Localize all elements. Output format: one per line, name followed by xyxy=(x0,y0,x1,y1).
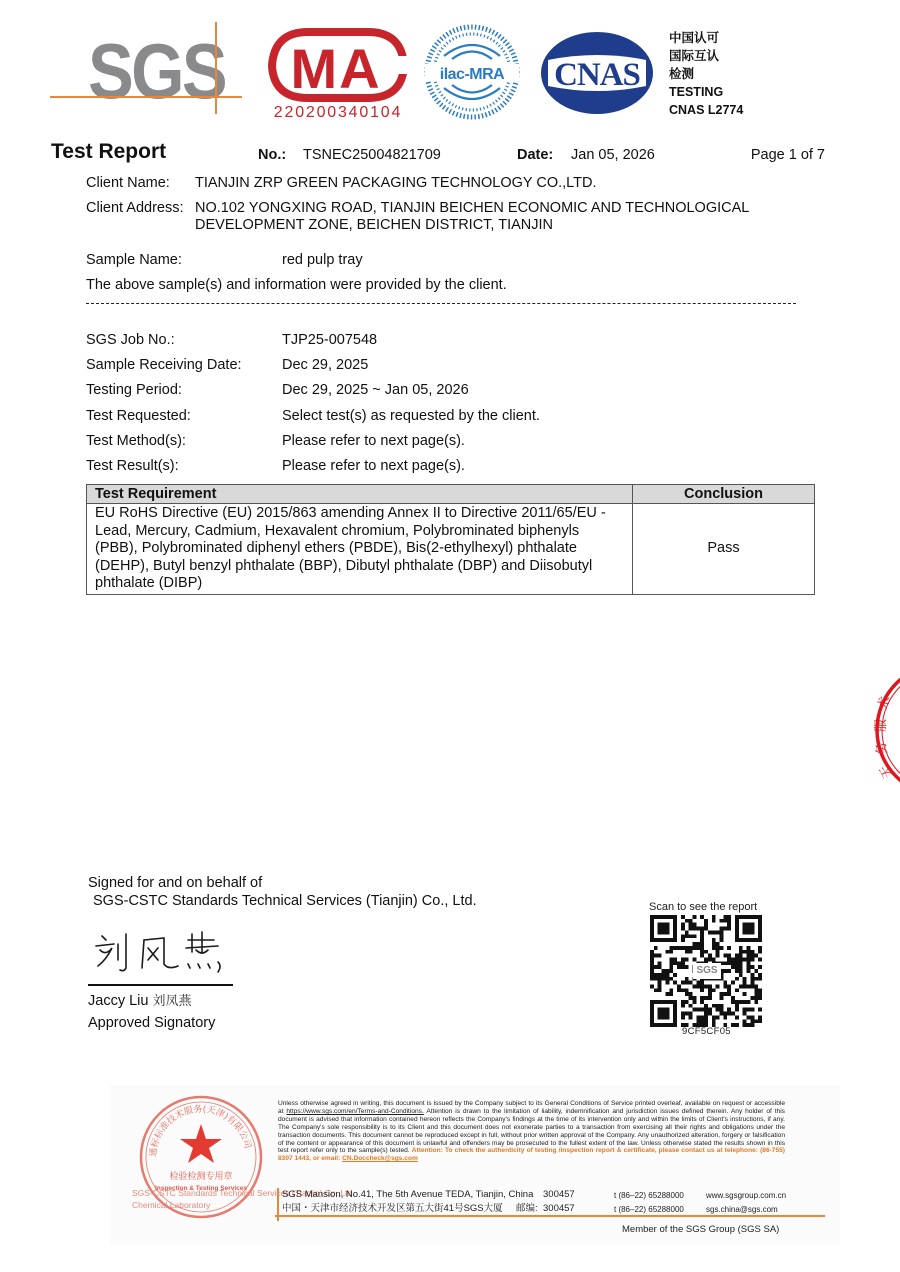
phone-2: t (86–22) 65288000 xyxy=(614,1204,684,1216)
sample-note: The above sample(s) and information were… xyxy=(86,276,507,294)
column-header-test-requirement: Test Requirement xyxy=(87,485,633,504)
handwritten-signature-icon xyxy=(88,926,238,976)
svg-text:MA: MA xyxy=(290,37,381,100)
sgs-logo-text: SGS xyxy=(88,32,225,110)
accreditation-line: 国际互认 xyxy=(669,47,743,65)
sgs-logo: SGS xyxy=(50,22,242,112)
signatory-role: Approved Signatory xyxy=(88,1014,215,1032)
postcode-chinese: 300457 xyxy=(543,1203,575,1215)
accreditation-line: CNAS L2774 xyxy=(669,101,743,119)
job-info-value: Select test(s) as requested by the clien… xyxy=(282,407,540,425)
cma-number: 220200340104 xyxy=(268,104,408,122)
accreditation-text: 中国认可 国际互认 检测 TESTING CNAS L2774 xyxy=(669,29,743,119)
client-name: TIANJIN ZRP GREEN PACKAGING TECHNOLOGY C… xyxy=(195,174,597,192)
svg-text:服: 服 xyxy=(874,719,889,732)
signing-company: SGS-CSTC Standards Technical Services (T… xyxy=(88,892,477,910)
sgs-logo-vertical-rule xyxy=(215,22,217,114)
company-seal-edge-icon: 术 服 务 天 xyxy=(873,660,900,800)
job-info-label: Test Requested: xyxy=(86,407,191,425)
report-title-row: Test Report No.: TSNEC25004821709 Date: … xyxy=(51,140,831,168)
cnas-logo: CNAS xyxy=(538,30,656,116)
report-number-label: No.: xyxy=(258,147,286,163)
job-info-label: Sample Receiving Date: xyxy=(86,356,242,374)
job-info-value: Please refer to next page(s). xyxy=(282,457,465,475)
table-row: EU RoHS Directive (EU) 2015/863 amending… xyxy=(87,504,815,595)
svg-text:CNAS: CNAS xyxy=(554,57,640,93)
qr-sgs-badge: SGS xyxy=(693,963,721,979)
signature-intro: Signed for and on behalf of SGS-CSTC Sta… xyxy=(88,874,477,910)
accreditation-line: 中国认可 xyxy=(669,29,743,47)
client-address-line2: DEVELOPMENT ZONE, BEICHEN DISTRICT, TIAN… xyxy=(195,216,553,234)
table-header-row: Test Requirement Conclusion xyxy=(87,485,815,504)
qr-caption: Scan to see the report xyxy=(649,901,757,913)
job-info-value: Please refer to next page(s). xyxy=(282,432,465,450)
qr-verification-code: 9CF5CF05 xyxy=(682,1026,731,1037)
signatory-name: Jaccy Liu xyxy=(88,993,148,1009)
svg-text:检验检测专用章: 检验检测专用章 xyxy=(169,1170,232,1182)
phone-1: t (86–22) 65288000 xyxy=(614,1190,684,1202)
postcode-chinese-label: 邮编: xyxy=(516,1203,538,1215)
address-chinese: 中国・天津市经济技术开发区第五大街41号SGS大厦 xyxy=(282,1203,503,1215)
sgs-group-membership: Member of the SGS Group (SGS SA) xyxy=(622,1224,779,1235)
sgs-logo-horizontal-rule xyxy=(50,96,242,98)
cma-emblem-icon: MA xyxy=(268,26,408,104)
signature-line xyxy=(88,984,233,986)
page-indicator: Page 1 of 7 xyxy=(751,147,825,163)
page-title: Test Report xyxy=(51,140,166,164)
signatory-name-block: Jaccy Liu 刘凤燕 xyxy=(88,992,192,1011)
website-link[interactable]: www.sgsgroup.com.cn xyxy=(706,1190,786,1202)
cnas-emblem-icon: CNAS xyxy=(538,30,656,116)
client-name-label: Client Name: xyxy=(86,174,170,192)
job-info-label: Test Result(s): xyxy=(86,457,179,475)
terms-link[interactable]: https://www.sgs.com/en/Terms-and-Conditi… xyxy=(286,1108,423,1115)
doccheck-email-link[interactable]: CN.Doccheck@sgs.com xyxy=(342,1155,418,1162)
job-info-label: Testing Period: xyxy=(86,381,182,399)
client-address-label: Client Address: xyxy=(86,199,184,217)
test-requirement-cell: EU RoHS Directive (EU) 2015/863 amending… xyxy=(87,504,633,595)
sample-name-label: Sample Name: xyxy=(86,251,182,269)
ilac-mra-logo: ilac-MRA xyxy=(422,24,522,120)
report-date-label: Date: xyxy=(517,147,553,163)
job-info-value: TJP25-007548 xyxy=(282,331,377,349)
postcode-english: 300457 xyxy=(543,1189,575,1201)
job-info-label: SGS Job No.: xyxy=(86,331,175,349)
email-link[interactable]: sgs.china@sgs.com xyxy=(706,1204,778,1216)
cma-logo: MA 220200340104 xyxy=(268,26,408,124)
address-english: SGS Mansion, No.41, The 5th Avenue TEDA,… xyxy=(282,1189,533,1201)
job-info-value: Dec 29, 2025 xyxy=(282,356,368,374)
accreditation-line: TESTING xyxy=(669,83,743,101)
column-header-conclusion: Conclusion xyxy=(633,485,815,504)
report-date: Jan 05, 2026 xyxy=(571,147,655,163)
job-info-label: Test Method(s): xyxy=(86,432,186,450)
signed-on-behalf-text: Signed for and on behalf of xyxy=(88,874,477,892)
results-table: Test Requirement Conclusion EU RoHS Dire… xyxy=(86,484,815,595)
dashed-divider xyxy=(86,303,796,304)
accreditation-line: 检测 xyxy=(669,65,743,83)
legal-disclaimer: Unless otherwise agreed in writing, this… xyxy=(278,1100,785,1163)
client-address-line1: NO.102 YONGXING ROAD, TIANJIN BEICHEN EC… xyxy=(195,199,749,217)
conclusion-cell: Pass xyxy=(633,504,815,595)
svg-text:ilac-MRA: ilac-MRA xyxy=(440,66,505,83)
svg-text:术: 术 xyxy=(875,695,893,711)
report-number: TSNEC25004821709 xyxy=(303,147,441,163)
svg-text:务: 务 xyxy=(874,740,891,755)
signatory-name-chinese: 刘凤燕 xyxy=(152,994,191,1009)
job-info-value: Dec 29, 2025 ~ Jan 05, 2026 xyxy=(282,381,469,399)
ilac-mra-emblem-icon: ilac-MRA xyxy=(422,24,522,120)
sample-name: red pulp tray xyxy=(282,251,363,269)
